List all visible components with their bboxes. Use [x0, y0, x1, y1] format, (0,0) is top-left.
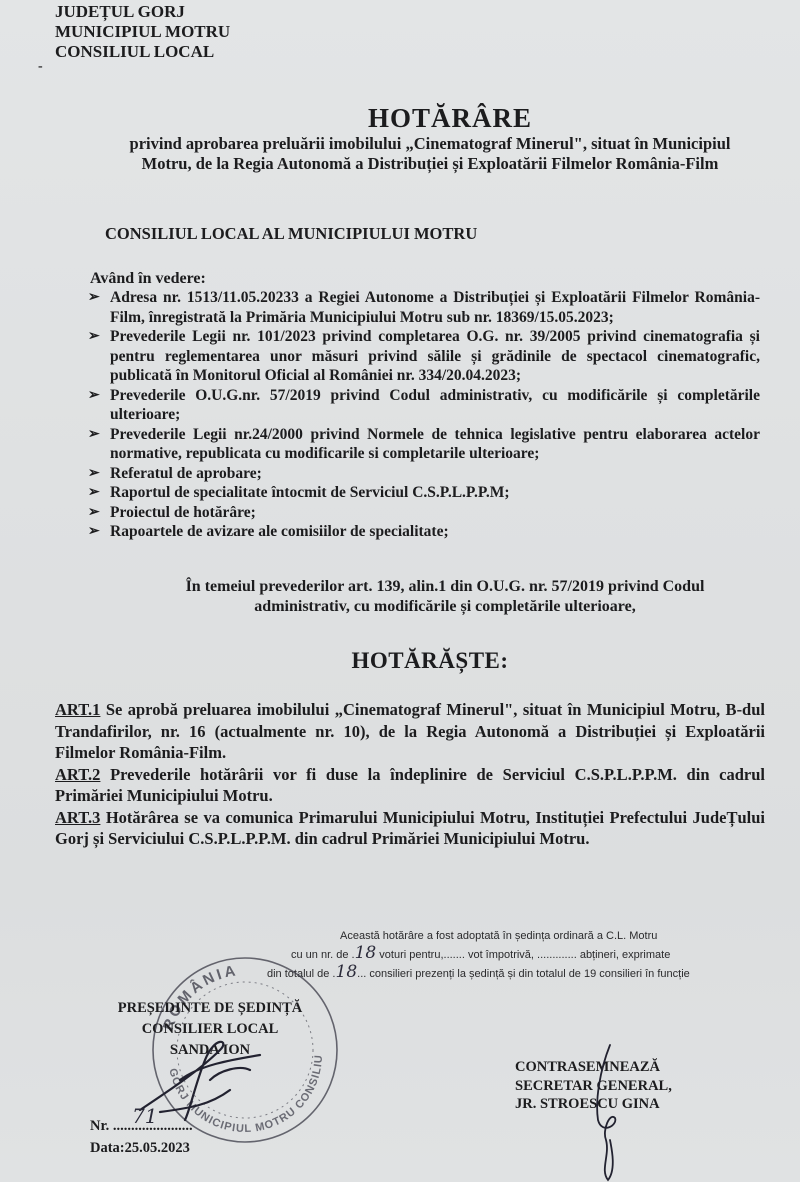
header-council: CONSILIUL LOCAL: [55, 42, 230, 62]
list-item: ➢Raportul de specialitate întocmit de Se…: [88, 483, 760, 503]
articles: ART.1 Se aprobă preluarea imobilului „Ci…: [55, 699, 765, 850]
arrow-bullet-icon: ➢: [88, 386, 100, 406]
council-heading: CONSILIUL LOCAL AL MUNICIPIULUI MOTRU: [105, 224, 477, 244]
arrow-bullet-icon: ➢: [88, 483, 100, 503]
article-label: ART.1: [55, 700, 100, 719]
subtitle-line-1: privind aprobarea preluării imobilului „…: [40, 134, 800, 154]
considerations-list: ➢Adresa nr. 1513/11.05.20233 a Regiei Au…: [88, 288, 760, 542]
arrow-bullet-icon: ➢: [88, 522, 100, 542]
list-item: ➢Adresa nr. 1513/11.05.20233 a Regiei Au…: [88, 288, 760, 327]
decides-heading: HOTĂRĂȘTE:: [0, 648, 800, 674]
arrow-bullet-icon: ➢: [88, 425, 100, 445]
header-county: JUDEȚUL GORJ: [55, 2, 230, 22]
document-date: Data:25.05.2023: [90, 1140, 190, 1157]
article-1: ART.1 Se aprobă preluarea imobilului „Ci…: [55, 699, 765, 764]
subtitle-line-2: Motru, de la Regia Autonomă a Distribuți…: [40, 154, 800, 174]
article-label: ART.3: [55, 808, 100, 827]
list-item: ➢Prevederile Legii nr.24/2000 privind No…: [88, 425, 760, 464]
article-2: ART.2 Prevederile hotărârii vor fi duse …: [55, 764, 765, 807]
document-title: HOTĂRÂRE: [0, 103, 800, 134]
document-subtitle: privind aprobarea preluării imobilului „…: [40, 134, 800, 174]
adoption-note: Această hotărâre a fost adoptată în ședi…: [295, 928, 690, 983]
arrow-bullet-icon: ➢: [88, 503, 100, 523]
considering-label: Având în vedere:: [90, 270, 206, 288]
issuer-header: ROMÂNIA JUDEȚUL GORJ MUNICIPIUL MOTRU CO…: [55, 0, 230, 62]
registration-number: Nr. ...................... 71: [90, 1118, 193, 1135]
arrow-bullet-icon: ➢: [88, 288, 100, 308]
margin-mark: -: [38, 59, 43, 75]
president-title: PREȘEDINTE DE ȘEDINȚĂ: [95, 998, 325, 1019]
header-municipality: MUNICIPIUL MOTRU: [55, 22, 230, 42]
arrow-bullet-icon: ➢: [88, 464, 100, 484]
legal-basis: În temeiul prevederilor art. 139, alin.1…: [100, 577, 790, 617]
article-3: ART.3 Hotărârea se va comunica Primarulu…: [55, 807, 765, 850]
arrow-bullet-icon: ➢: [88, 327, 100, 347]
handwritten-number: 71: [132, 1104, 157, 1128]
list-item: ➢Prevederile Legii nr. 101/2023 privind …: [88, 327, 760, 386]
secretary-signature-icon: [580, 1040, 640, 1182]
list-item: ➢Referatul de aprobare;: [88, 464, 760, 484]
list-item: ➢Rapoartele de avizare ale comisiilor de…: [88, 522, 760, 542]
article-label: ART.2: [55, 765, 100, 784]
list-item: ➢Proiectul de hotărâre;: [88, 503, 760, 523]
handwritten-votes-for: 18: [355, 943, 377, 963]
list-item: ➢Prevederile O.U.G.nr. 57/2019 privind C…: [88, 386, 760, 425]
